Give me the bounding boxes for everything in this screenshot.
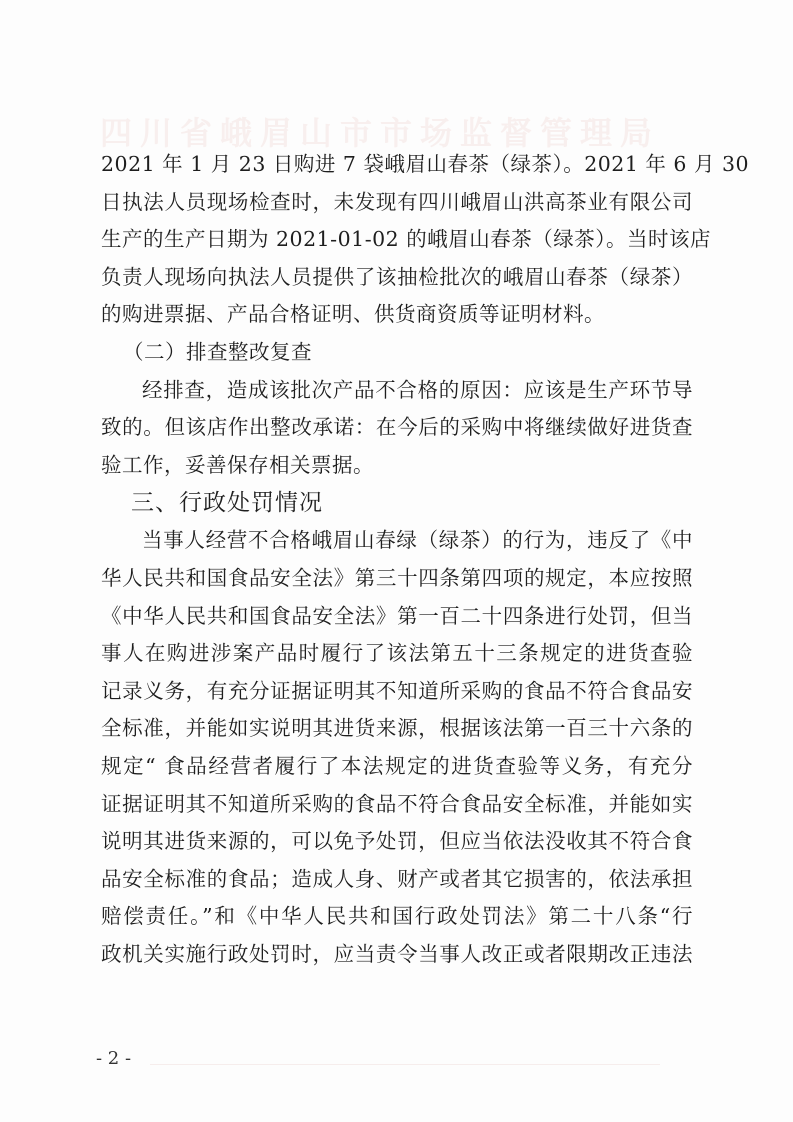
text-line: 2021 年 1 月 23 日购进 7 袋峨眉山春茶（绿茶）。2021 年 6 … bbox=[101, 146, 693, 184]
text-line: 验工作，妥善保存相关票据。 bbox=[101, 447, 693, 485]
text-line: 《中华人民共和国食品安全法》第一百二十四条进行处罚，但当 bbox=[101, 598, 693, 636]
document-body: 2021 年 1 月 23 日购进 7 袋峨眉山春茶（绿茶）。2021 年 6 … bbox=[101, 146, 693, 973]
text-line: 生产的生产日期为 2021-01-02 的峨眉山春茶（绿茶）。当时该店 bbox=[101, 221, 693, 259]
text-line: 赔偿责任。”和《中华人民共和国行政处罚法》第二十八条“行 bbox=[101, 898, 693, 936]
text-line: 当事人经营不合格峨眉山春绿（绿茶）的行为，违反了《中 bbox=[101, 522, 693, 560]
text-line: 说明其进货来源的，可以免予处罚，但应当依法没收其不符合食 bbox=[101, 823, 693, 861]
text-line: 规定“ 食品经营者履行了本法规定的进货查验等义务，有充分 bbox=[101, 748, 693, 786]
footer-rule bbox=[150, 1064, 660, 1065]
text-line: 记录义务，有充分证据证明其不知道所采购的食品不符合食品安 bbox=[101, 673, 693, 711]
text-line: 的购进票据、产品合格证明、供货商资质等证明材料。 bbox=[101, 296, 693, 334]
text-line: 负责人现场向执法人员提供了该抽检批次的峨眉山春茶（绿茶） bbox=[101, 259, 693, 297]
text-line: 致的。但该店作出整改承诺：在今后的采购中将继续做好进货查 bbox=[101, 409, 693, 447]
section-heading: 三、行政处罚情况 bbox=[101, 484, 693, 522]
text-line: 证据证明其不知道所采购的食品不符合食品安全标准，并能如实 bbox=[101, 786, 693, 824]
text-line: 经排查，造成该批次产品不合格的原因：应该是生产环节导 bbox=[101, 372, 693, 410]
text-line: 政机关实施行政处罚时，应当责令当事人改正或者限期改正违法 bbox=[101, 936, 693, 974]
text-line: 品安全标准的食品；造成人身、财产或者其它损害的，依法承担 bbox=[101, 861, 693, 899]
page-number: - 2 - bbox=[96, 1048, 131, 1069]
text-line: 事人在购进涉案产品时履行了该法第五十三条规定的进货查验 bbox=[101, 635, 693, 673]
text-line: 日执法人员现场检查时，未发现有四川峨眉山洪高茶业有限公司 bbox=[101, 184, 693, 222]
section-subheading: （二）排查整改复查 bbox=[101, 334, 693, 372]
text-line: 华人民共和国食品安全法》第三十四条第四项的规定，本应按照 bbox=[101, 560, 693, 598]
text-line: 全标准，并能如实说明其进货来源，根据该法第一百三十六条的 bbox=[101, 710, 693, 748]
